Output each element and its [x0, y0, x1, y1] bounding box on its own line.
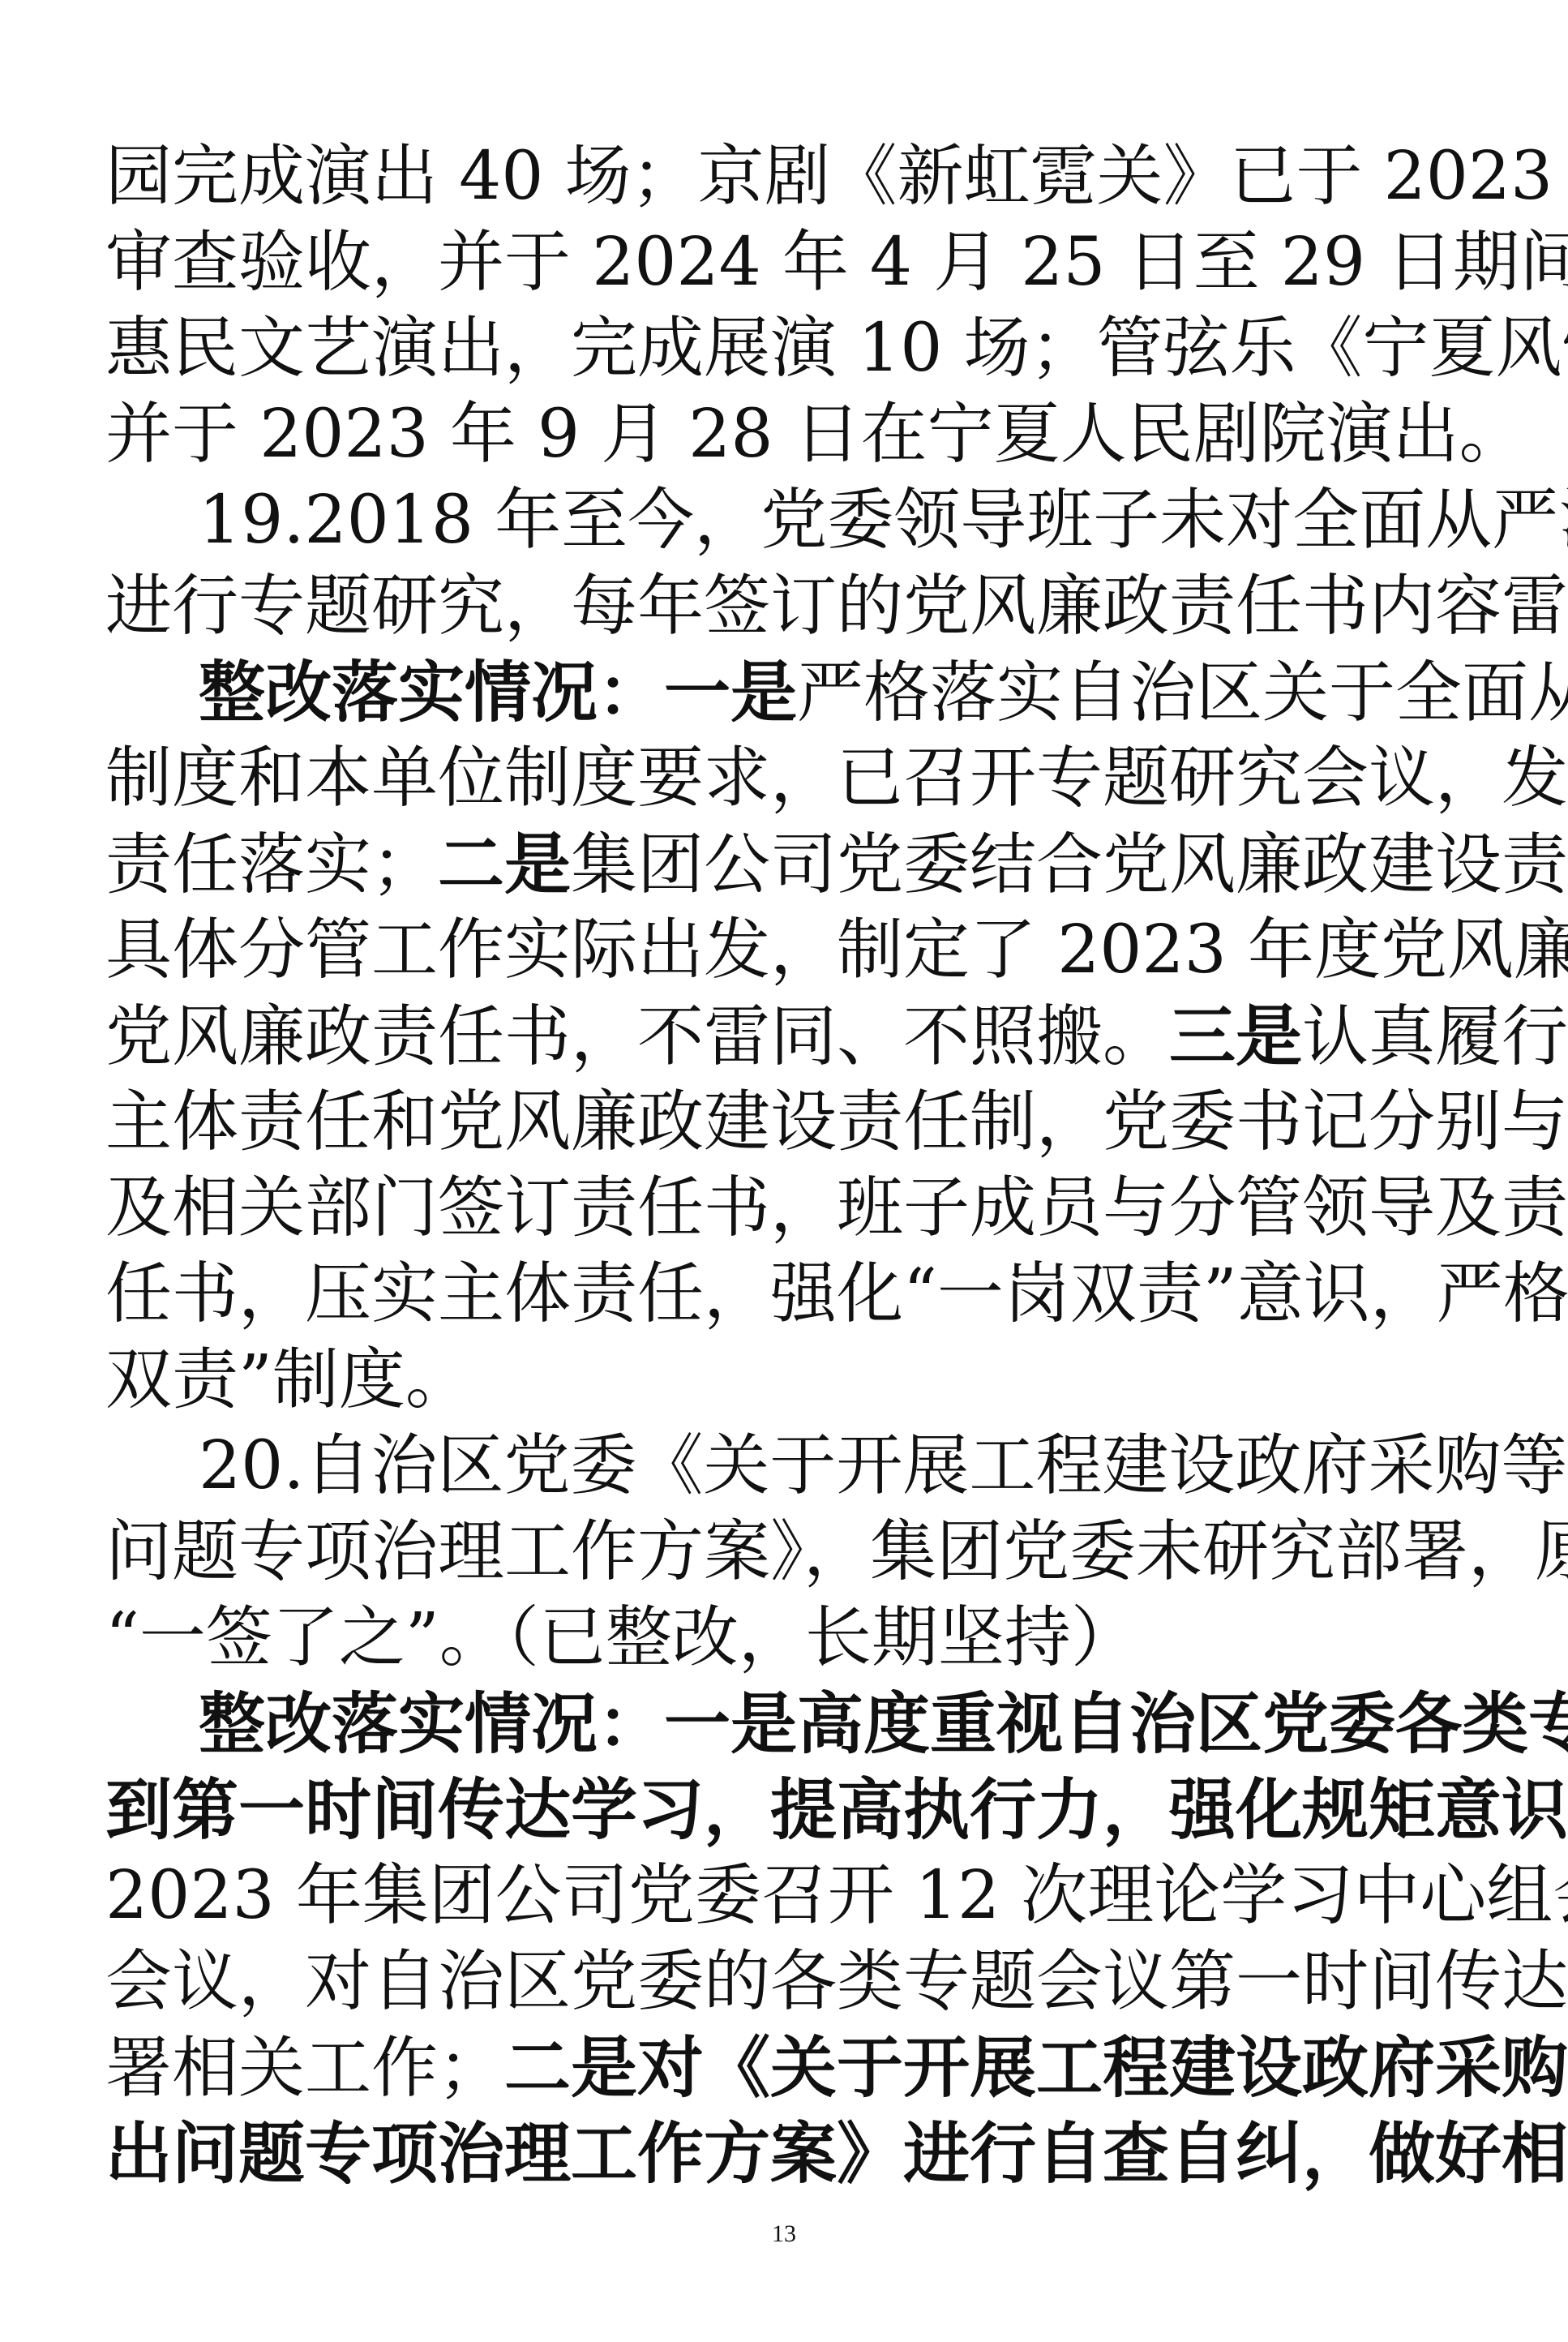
text-segment: 审查验收，并于 2024 年 4 月 25 日至 29 日期间，结合“送戏下乡” — [105, 224, 1568, 301]
text-line: 问题专项治理工作方案》，集团党委未研究部署，原集团党委书记 — [105, 1512, 1467, 1593]
text-segment: 及相关部门签订责任书，班子成员与分管领导及责任部门签订责 — [105, 1169, 1568, 1246]
text-segment: 进行专题研究，每年签订的党风廉政责任书内容雷同。（已整改） — [105, 568, 1568, 645]
text-segment: 问题专项治理工作方案》，集团党委未研究部署，原集团党委书记 — [105, 1513, 1568, 1590]
bold-label: 整改落实情况：一是 — [199, 654, 797, 731]
text-segment: 集团公司党委结合党风廉政建设责任分工和个人 — [571, 826, 1568, 903]
text-segment: “一签了之”。（已整改，长期坚持） — [105, 1599, 1137, 1676]
document-page: 园完成演出 40 场；京剧《新虹霓关》已于 2023 年 8 月完成项目 审查验… — [0, 0, 1568, 2342]
text-segment: 任书，压实主体责任，强化“一岗双责”意识，严格落实“一岗 — [105, 1255, 1568, 1332]
text-line: 到第一时间传达学习，提高执行力，强化规矩意识和纪律意识。 — [105, 1769, 1467, 1851]
text-line: 审查验收，并于 2024 年 4 月 25 日至 29 日期间，结合“送戏下乡” — [105, 222, 1467, 303]
text-line: 2023 年集团公司党委召开 12 次理论学习中心组会议，32 次党委 — [105, 1855, 1467, 1937]
text-segment: 具体分管工作实际出发，制定了 2023 年度党风廉政责任书，做到 — [105, 911, 1568, 989]
text-line: 双责”制度。 — [105, 1340, 1467, 1421]
text-segment: 惠民文艺演出，完成展演 10 场；管弦乐《宁夏风情》已完成创排 — [105, 310, 1568, 387]
rectification-status-19: 整改落实情况：一是严格落实自治区关于全面从严治党相关 — [199, 652, 1467, 733]
text-line: 制度和本单位制度要求，已召开专题研究会议，发现问题，推动 — [105, 738, 1467, 819]
text-line: 署相关工作；二是对《关于开展工程建设政府采购等重点领域突 — [105, 2027, 1467, 2108]
bold-label: 整改落实情况：一是高度重视自治区党委各类专项工作，做 — [199, 1685, 1568, 1763]
text-line: 及相关部门签订责任书，班子成员与分管领导及责任部门签订责 — [105, 1168, 1467, 1249]
text-segment: 2023 年集团公司党委召开 12 次理论学习中心组会议，32 次党委 — [105, 1857, 1568, 1934]
text-segment: 认真履行全面从严治党 — [1302, 998, 1568, 1075]
issue-20-heading: 20.自治区党委《关于开展工程建设政府采购等重点领域突出 — [199, 1426, 1467, 1507]
text-line: 责任落实；二是集团公司党委结合党风廉政建设责任分工和个人 — [105, 824, 1467, 905]
text-line: 主体责任和党风廉政建设责任制，党委书记分别与党委班子成员 — [105, 1082, 1467, 1163]
bold-text: 二是对《关于开展工程建设政府采购等重点领域突 — [504, 2029, 1568, 2107]
text-line: 任书，压实主体责任，强化“一岗双责”意识，严格落实“一岗 — [105, 1254, 1467, 1335]
text-line: 党风廉政责任书，不雷同、不照搬。三是认真履行全面从严治党 — [105, 996, 1467, 1077]
bold-text: 到第一时间传达学习，提高执行力，强化规矩意识和纪律意识。 — [105, 1771, 1568, 1849]
text-segment: 党风廉政责任书，不雷同、不照搬。 — [105, 998, 1169, 1075]
text-line: 园完成演出 40 场；京剧《新虹霓关》已于 2023 年 8 月完成项目 — [105, 136, 1467, 217]
text-line: 惠民文艺演出，完成展演 10 场；管弦乐《宁夏风情》已完成创排 — [105, 308, 1467, 389]
text-segment: 20.自治区党委《关于开展工程建设政府采购等重点领域突出 — [199, 1427, 1568, 1504]
text-segment: 园完成演出 40 场；京剧《新虹霓关》已于 2023 年 8 月完成项目 — [105, 138, 1568, 215]
text-line: 出问题专项治理工作方案》进行自查自纠，做好相关整改，对存 — [105, 2113, 1467, 2194]
text-segment: 会议，对自治区党委的各类专题会议第一时间传达学习，安排部 — [105, 1943, 1568, 2020]
text-segment: 制度和本单位制度要求，已召开专题研究会议，发现问题，推动 — [105, 740, 1568, 817]
bold-text: 出问题专项治理工作方案》进行自查自纠，做好相关整改，对存 — [105, 2115, 1568, 2193]
text-line: 会议，对自治区党委的各类专题会议第一时间传达学习，安排部 — [105, 1941, 1467, 2022]
text-line: 并于 2023 年 9 月 28 日在宁夏人民剧院演出。 — [105, 394, 1467, 475]
text-segment: 主体责任和党风廉政建设责任制，党委书记分别与党委班子成员 — [105, 1083, 1568, 1160]
text-segment: 责任落实； — [105, 826, 438, 903]
bold-label: 三是 — [1169, 997, 1302, 1075]
text-line: “一签了之”。（已整改，长期坚持） — [105, 1598, 1467, 1679]
bold-label: 二是 — [438, 826, 571, 903]
text-segment: 双责”制度。 — [105, 1341, 472, 1418]
rectification-status-20: 整改落实情况：一是高度重视自治区党委各类专项工作，做 — [199, 1684, 1467, 1765]
text-segment: 19.2018 年至今，党委领导班子未对全面从严治党形势任务 — [199, 482, 1568, 559]
page-number: 13 — [0, 2220, 1568, 2248]
text-segment: 严格落实自治区关于全面从严治党相关 — [797, 654, 1568, 731]
text-segment: 署相关工作； — [105, 2030, 504, 2107]
issue-19-heading: 19.2018 年至今，党委领导班子未对全面从严治党形势任务 — [199, 480, 1467, 561]
text-segment: 并于 2023 年 9 月 28 日在宁夏人民剧院演出。 — [105, 396, 1526, 473]
text-line: 进行专题研究，每年签订的党风廉政责任书内容雷同。（已整改） — [105, 566, 1467, 647]
text-line: 具体分管工作实际出发，制定了 2023 年度党风廉政责任书，做到 — [105, 910, 1467, 991]
